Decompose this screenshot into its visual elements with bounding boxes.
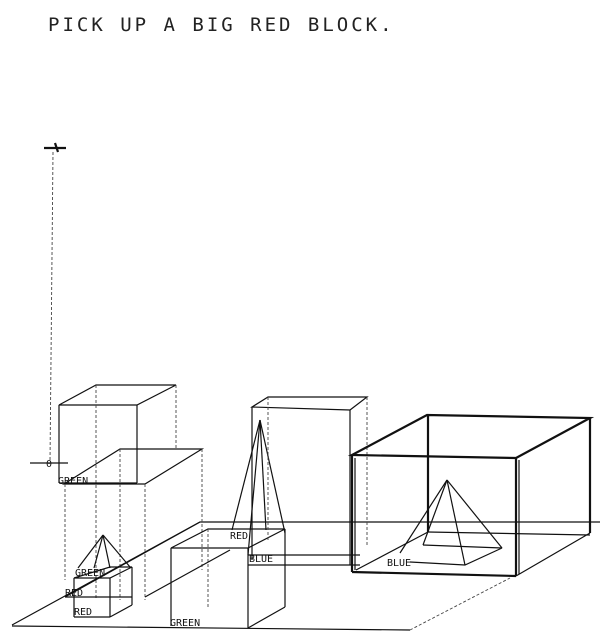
label-blue-block: BLUE: [249, 554, 273, 565]
hand-drop-line: [50, 152, 53, 462]
label-red-upper: RED: [65, 588, 83, 599]
label-red-pyramid: RED: [230, 531, 248, 542]
blue-box: [352, 415, 590, 576]
blocks-world-scene: 0 GREEN GREEN RED RED: [0, 0, 600, 642]
position-marker-icon: 0: [30, 459, 68, 470]
label-blue-box: BLUE: [387, 558, 411, 569]
green-block-front: [171, 529, 285, 628]
svg-text:0: 0: [46, 459, 52, 470]
hand-cursor-icon: [44, 143, 66, 152]
blue-block: [248, 397, 367, 565]
edge-line: [145, 550, 230, 597]
label-red-lower: RED: [74, 607, 92, 618]
green-pyramid: [78, 535, 130, 568]
label-green-front: GREEN: [170, 618, 200, 629]
